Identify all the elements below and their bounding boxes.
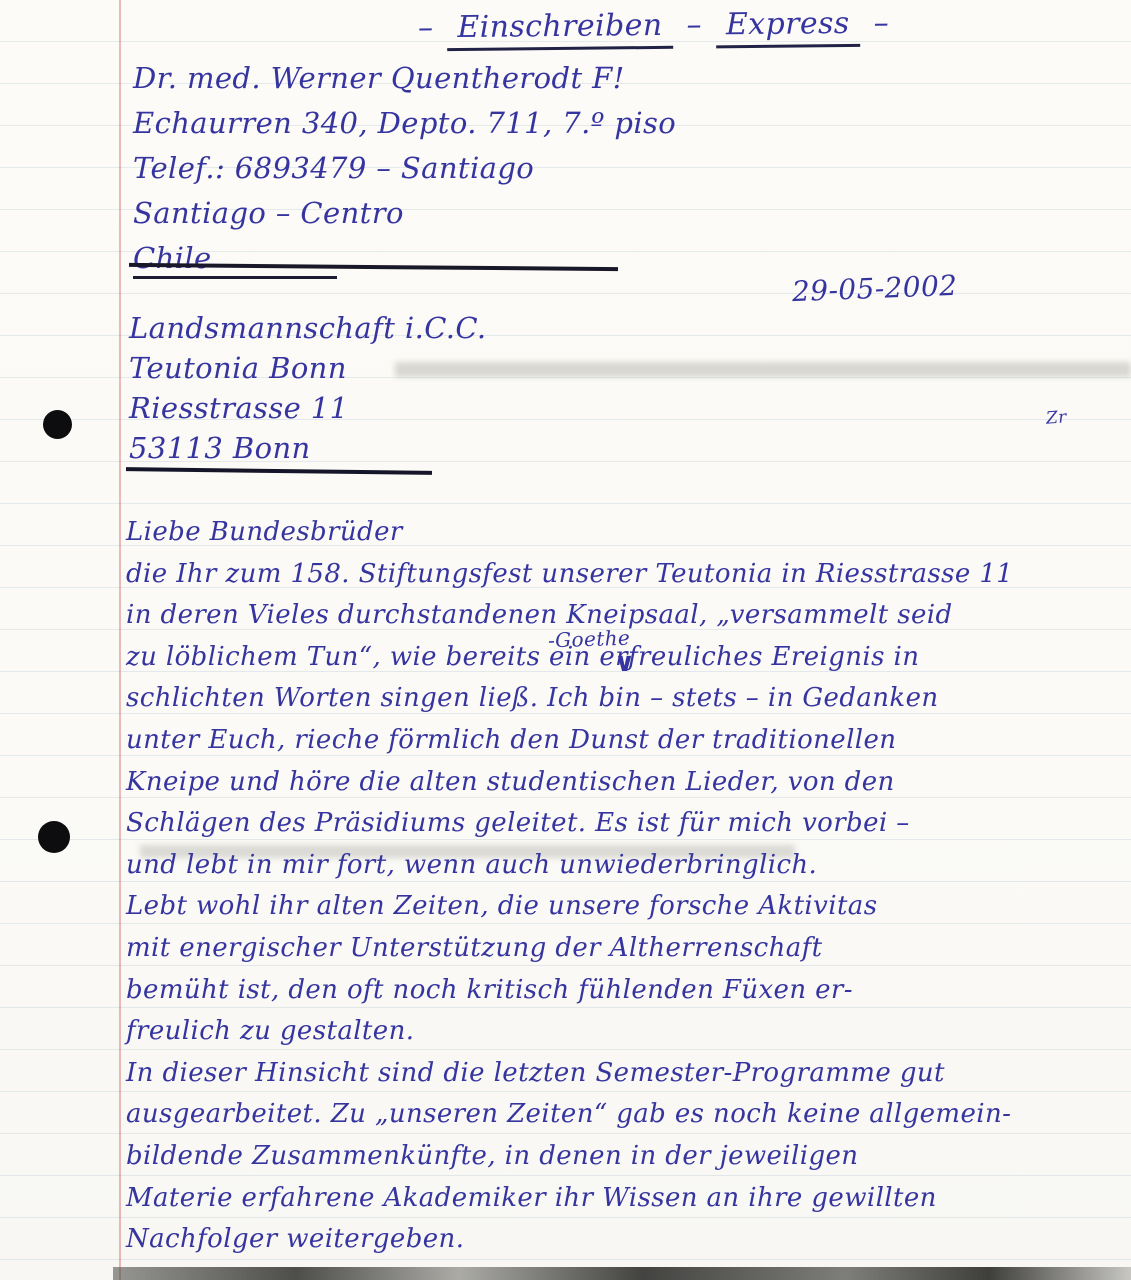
body-line: bemüht ist, den oft noch kritisch fühlen… — [126, 970, 1126, 1012]
body-line: ausgearbeitet. Zu „unseren Zeiten“ gab e… — [126, 1094, 1126, 1136]
body-line: freulich zu gestalten. — [126, 1011, 1126, 1053]
letter-header: – Einschreiben – Express – — [418, 6, 889, 52]
recipient-name-line: Teutonia Bonn — [129, 348, 487, 388]
body-line: Lebt wohl ihr alten Zeiten, die unsere f… — [126, 886, 1126, 928]
body-line: Nachfolger weitergeben. — [126, 1219, 1126, 1261]
body-line: Kneipe und höre die alten studentischen … — [126, 762, 1126, 804]
header-dash: – — [686, 7, 702, 42]
scan-smudge-upper — [395, 362, 1131, 377]
recipient-address-block: Landsmannschaft i.C.C. Teutonia Bonn Rie… — [129, 308, 487, 468]
body-line: bildende Zusammenkünfte, in denen in der… — [126, 1136, 1126, 1178]
header-registered-label: Einschreiben — [447, 8, 673, 51]
margin-note: Zr — [1045, 407, 1067, 428]
sender-name-line: Dr. med. Werner Quentherodt F! — [133, 56, 676, 101]
header-dash: – — [873, 6, 889, 41]
body-line: In dieser Hinsicht sind die letzten Seme… — [126, 1053, 1126, 1095]
recipient-street-line: Riesstrasse 11 — [129, 388, 487, 428]
body-line: mit energischer Unterstützung der Alther… — [126, 928, 1126, 970]
header-dash: – — [418, 10, 434, 45]
punch-hole-top — [43, 410, 72, 439]
recipient-city-line: 53113 Bonn — [129, 428, 487, 468]
sender-city-line: Santiago – Centro — [133, 191, 676, 236]
letter-date: 29-05-2002 — [791, 269, 958, 308]
letter-body: Liebe Bundesbrüder die Ihr zum 158. Stif… — [126, 512, 1126, 1261]
body-line: die Ihr zum 158. Stiftungsfest unserer T… — [126, 554, 1126, 596]
letter-page: – Einschreiben – Express – Dr. med. Wern… — [0, 0, 1131, 1280]
punch-hole-bottom — [38, 821, 70, 853]
body-line: schlichten Worten singen ließ. Ich bin –… — [126, 678, 1126, 720]
red-margin-line — [119, 0, 121, 1280]
body-line: Materie erfahrene Akademiker ihr Wissen … — [126, 1178, 1126, 1220]
header-express-label: Express — [716, 6, 860, 49]
recipient-org-line: Landsmannschaft i.C.C. — [129, 308, 487, 348]
scan-edge-shadow — [113, 1267, 1131, 1280]
body-salutation-line: Liebe Bundesbrüder — [126, 512, 1126, 554]
sender-address-block: Dr. med. Werner Quentherodt F! Echaurren… — [133, 56, 676, 281]
sender-phone-line: Telef.: 6893479 – Santiago — [133, 146, 676, 191]
body-line: Schlägen des Präsidiums geleitet. Es ist… — [126, 803, 1126, 845]
sender-country-line: Chile — [133, 241, 337, 279]
body-line: und lebt in mir fort, wenn auch unwieder… — [126, 845, 1126, 887]
body-line: in deren Vieles durchstandenen Kneipsaal… — [126, 595, 1126, 637]
recipient-underline — [126, 467, 432, 475]
body-line: unter Euch, rieche förmlich den Dunst de… — [126, 720, 1126, 762]
sender-street-line: Echaurren 340, Depto. 711, 7.º piso — [133, 101, 676, 146]
body-line: zu löblichem Tun“, wie bereits ein erfre… — [126, 637, 1126, 679]
